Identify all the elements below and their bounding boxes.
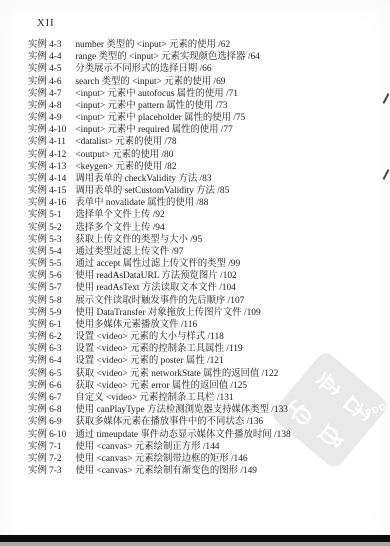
toc-entry-text: range 类型的 <input> 元素实现颜色选择器 /64 <box>75 52 260 62</box>
toc-entry: 实例 4-14 调用表单的 checkValidity 方法 /83 <box>28 173 388 185</box>
toc-entry-text: 使用多媒体元素播放文件 /116 <box>75 320 197 330</box>
toc-entry-label: 实例 4-12 <box>28 149 73 161</box>
toc-list: 实例 4-3 number 类型的 <input> 元素的使用 /62 实例 4… <box>28 39 388 477</box>
toc-entry: 实例 5-7 使用 readAsText 方法读取文本文件 /104 <box>28 282 388 294</box>
toc-entry-text: search 类型的 <input> 元素的使用 /69 <box>75 77 225 87</box>
toc-entry: 实例 5-6 使用 readAsDataURL 方法预览图片 /102 <box>28 270 388 282</box>
toc-entry-text: 使用 readAsDataURL 方法预览图片 /102 <box>75 271 236 281</box>
toc-entry: 实例 5-3 获取上传文件的类型与大小 /95 <box>28 234 388 246</box>
toc-entry-text: 使用 <canvas> 元素绘制正方形 /144 <box>75 442 219 452</box>
toc-entry-text: 通过 timeupdate 事件动态显示媒体文件播放时间 /138 <box>75 430 290 440</box>
toc-entry-text: 使用 DataTransfer 对象拖放上传图片文件 /109 <box>75 308 260 318</box>
toc-entry-text: 调用表单的 checkValidity 方法 /83 <box>75 174 211 184</box>
toc-entry: 实例 5-2 选择多个文件上传 /94 <box>28 222 388 234</box>
toc-entry-text: 选择单个文件上传 /92 <box>75 210 164 220</box>
toc-entry-label: 实例 7-2 <box>28 453 73 465</box>
toc-entry-label: 实例 6-6 <box>28 380 73 392</box>
toc-entry-text: 获取 <video> 元素 networkState 属性的返回值 /122 <box>75 369 278 379</box>
toc-entry-label: 实例 4-4 <box>28 51 73 63</box>
toc-entry: 实例 4-7 <input> 元素中 autofocus 属性的使用 /71 <box>28 88 388 100</box>
toc-entry-text: <datalist> 元素的使用 /78 <box>75 137 176 147</box>
page-number: XII <box>37 18 55 29</box>
toc-entry: 实例 5-1 选择单个文件上传 /92 <box>28 209 388 221</box>
toc-entry-text: 表单中 novalidate 属性的使用 /88 <box>75 198 208 208</box>
toc-entry: 实例 7-3 使用 <canvas> 元素绘制有渐变色的图形 /149 <box>28 465 388 477</box>
toc-entry-text: 展示文件读取时触发事件的先后顺序 /107 <box>75 296 244 306</box>
toc-entry: 实例 4-13 <keygen> 元素的使用 /82 <box>28 161 388 173</box>
toc-entry-label: 实例 4-11 <box>28 136 73 148</box>
toc-entry: 实例 4-16 表单中 novalidate 属性的使用 /88 <box>28 197 388 209</box>
toc-entry-label: 实例 5-6 <box>28 270 73 282</box>
toc-entry: 实例 4-4 range 类型的 <input> 元素实现颜色选择器 /64 <box>28 51 388 63</box>
toc-entry: 实例 5-9 使用 DataTransfer 对象拖放上传图片文件 /109 <box>28 307 388 319</box>
toc-entry: 实例 6-4 设置 <video> 元素的 poster 属性 /121 <box>28 355 388 367</box>
toc-entry: 实例 4-9 <input> 元素中 placeholder 属性的使用 /75 <box>28 112 388 124</box>
toc-entry-label: 实例 4-14 <box>28 173 73 185</box>
toc-entry-text: 自定义 <video> 元素控制条工具栏 /131 <box>75 393 233 403</box>
toc-entry-label: 实例 5-8 <box>28 295 73 307</box>
toc-entry-text: 调用表单的 setCustomValidity 方法 /85 <box>75 186 229 196</box>
toc-entry: 实例 6-10 通过 timeupdate 事件动态显示媒体文件播放时间 /13… <box>28 429 388 441</box>
toc-entry-label: 实例 5-4 <box>28 246 73 258</box>
toc-entry: 实例 5-8 展示文件读取时触发事件的先后顺序 /107 <box>28 295 388 307</box>
scan-edge-gray-bar <box>0 542 390 546</box>
toc-entry: 实例 4-11 <datalist> 元素的使用 /78 <box>28 136 388 148</box>
toc-entry-label: 实例 5-5 <box>28 258 73 270</box>
toc-entry-label: 实例 6-4 <box>28 355 73 367</box>
toc-entry-label: 实例 6-7 <box>28 392 73 404</box>
toc-entry-label: 实例 7-3 <box>28 465 73 477</box>
toc-entry-label: 实例 5-3 <box>28 234 73 246</box>
toc-entry-label: 实例 5-7 <box>28 282 73 294</box>
toc-entry: 实例 6-7 自定义 <video> 元素控制条工具栏 /131 <box>28 392 388 404</box>
toc-entry-label: 实例 6-9 <box>28 416 73 428</box>
toc-entry-text: <output> 元素的使用 /80 <box>75 150 173 160</box>
toc-entry-text: 使用 readAsText 方法读取文本文件 /104 <box>75 283 236 293</box>
toc-entry: 实例 6-3 设置 <video> 元素的控制条工具属性 /119 <box>28 343 388 355</box>
toc-entry: 实例 6-9 获取多媒体元素在播放事件中的不同状态 /136 <box>28 416 388 428</box>
toc-entry-label: 实例 6-2 <box>28 331 73 343</box>
toc-entry-label: 实例 4-15 <box>28 185 73 197</box>
toc-entry-text: 使用 <canvas> 元素绘制有渐变色的图形 /149 <box>75 466 257 476</box>
toc-entry-text: <input> 元素中 placeholder 属性的使用 /75 <box>75 113 245 123</box>
toc-entry-text: 选择多个文件上传 /94 <box>75 223 164 233</box>
toc-entry: 实例 5-4 通过类型过滤上传文件 /97 <box>28 246 388 258</box>
toc-entry-text: <input> 元素中 pattern 属性的使用 /73 <box>75 101 227 111</box>
toc-entry-text: 设置 <video> 元素的 poster 属性 /121 <box>75 356 223 366</box>
toc-entry: 实例 6-2 设置 <video> 元素的大小与样式 /118 <box>28 331 388 343</box>
toc-entry-label: 实例 4-9 <box>28 112 73 124</box>
toc-entry: 实例 4-3 number 类型的 <input> 元素的使用 /62 <box>28 39 388 51</box>
toc-entry-text: <input> 元素中 required 属性的使用 /77 <box>75 125 232 135</box>
toc-entry-text: 获取多媒体元素在播放事件中的不同状态 /136 <box>75 417 263 427</box>
toc-entry-text: 获取 <video> 元素 error 属性的返回值 /125 <box>75 381 247 391</box>
toc-entry-label: 实例 4-5 <box>28 63 73 75</box>
toc-entry: 实例 7-2 使用 <canvas> 元素绘制带边框的矩形 /146 <box>28 453 388 465</box>
toc-entry-label: 实例 6-5 <box>28 368 73 380</box>
toc-entry: 实例 7-1 使用 <canvas> 元素绘制正方形 /144 <box>28 441 388 453</box>
toc-entry-text: <keygen> 元素的使用 /82 <box>75 162 176 172</box>
toc-entry-label: 实例 4-3 <box>28 39 73 51</box>
toc-entry-text: 通过类型过滤上传文件 /97 <box>75 247 183 257</box>
toc-entry: 实例 5-5 通过 accept 属性过滤上传文件的类型 /99 <box>28 258 388 270</box>
scanned-book-page: XII 实例 4-3 number 类型的 <input> 元素的使用 /62 … <box>0 0 390 546</box>
toc-entry-label: 实例 5-9 <box>28 307 73 319</box>
toc-entry-text: 设置 <video> 元素的大小与样式 /118 <box>75 332 224 342</box>
toc-entry: 实例 6-5 获取 <video> 元素 networkState 属性的返回值… <box>28 368 388 380</box>
toc-entry-text: 使用 <canvas> 元素绘制带边框的矩形 /146 <box>75 454 247 464</box>
toc-entry-text: number 类型的 <input> 元素的使用 /62 <box>75 40 230 50</box>
toc-entry-label: 实例 4-6 <box>28 76 73 88</box>
toc-entry-label: 实例 4-13 <box>28 161 73 173</box>
toc-entry-label: 实例 5-1 <box>28 209 73 221</box>
toc-entry: 实例 4-8 <input> 元素中 pattern 属性的使用 /73 <box>28 100 388 112</box>
toc-entry-label: 实例 4-7 <box>28 88 73 100</box>
toc-entry-text: 使用 canPlayType 方法检测浏览器支持媒体类型 /133 <box>75 405 288 415</box>
toc-entry: 实例 6-1 使用多媒体元素播放文件 /116 <box>28 319 388 331</box>
toc-entry-label: 实例 6-1 <box>28 319 73 331</box>
toc-entry-label: 实例 6-8 <box>28 404 73 416</box>
toc-entry-label: 实例 6-10 <box>28 429 73 441</box>
toc-entry-label: 实例 4-8 <box>28 100 73 112</box>
toc-entry: 实例 6-8 使用 canPlayType 方法检测浏览器支持媒体类型 /133 <box>28 404 388 416</box>
toc-entry: 实例 6-6 获取 <video> 元素 error 属性的返回值 /125 <box>28 380 388 392</box>
toc-entry-label: 实例 4-10 <box>28 124 73 136</box>
toc-entry-text: 获取上传文件的类型与大小 /95 <box>75 235 202 245</box>
toc-entry-label: 实例 7-1 <box>28 441 73 453</box>
toc-entry: 实例 4-15 调用表单的 setCustomValidity 方法 /85 <box>28 185 388 197</box>
toc-entry-label: 实例 5-2 <box>28 222 73 234</box>
toc-entry: 实例 4-5 分类展示不同形式的选择日期 /66 <box>28 63 388 75</box>
toc-entry-text: <input> 元素中 autofocus 属性的使用 /71 <box>75 89 238 99</box>
toc-entry-text: 通过 accept 属性过滤上传文件的类型 /99 <box>75 259 240 269</box>
toc-entry-label: 实例 6-3 <box>28 343 73 355</box>
toc-entry: 实例 4-10 <input> 元素中 required 属性的使用 /77 <box>28 124 388 136</box>
toc-entry-label: 实例 4-16 <box>28 197 73 209</box>
toc-entry-text: 分类展示不同形式的选择日期 /66 <box>75 64 211 74</box>
toc-entry-text: 设置 <video> 元素的控制条工具属性 /119 <box>75 344 242 354</box>
toc-entry: 实例 4-12 <output> 元素的使用 /80 <box>28 149 388 161</box>
toc-entry: 实例 4-6 search 类型的 <input> 元素的使用 /69 <box>28 76 388 88</box>
